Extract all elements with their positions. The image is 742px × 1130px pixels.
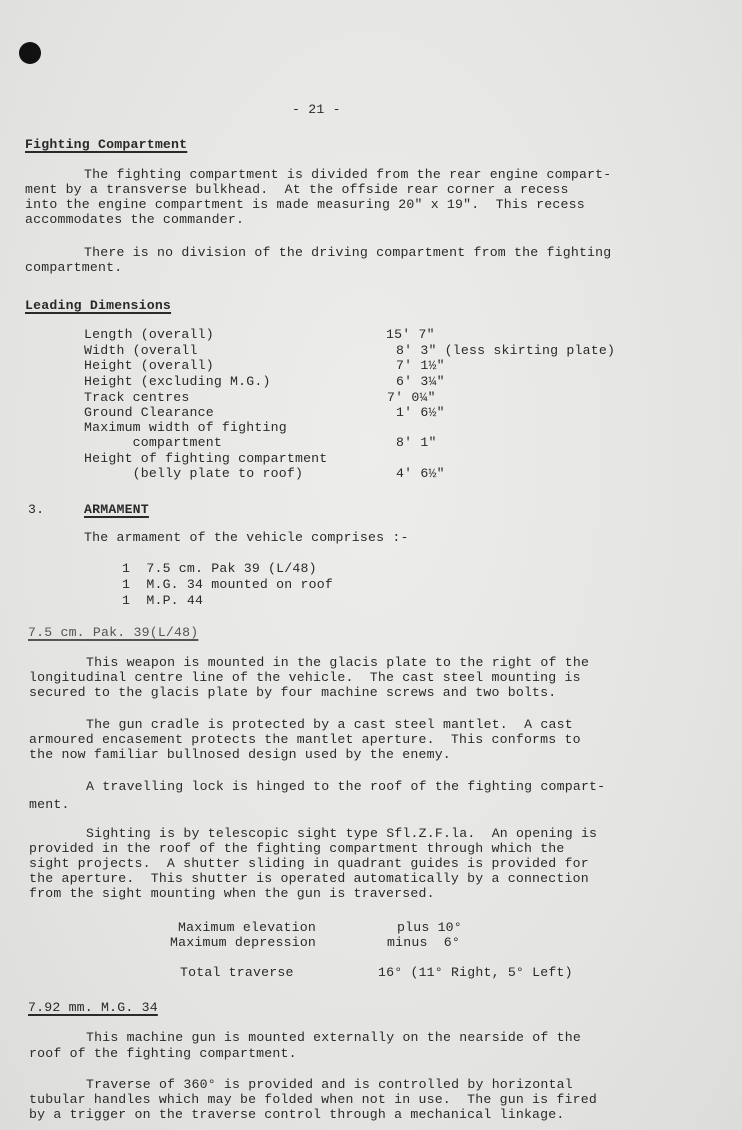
dimension-value: 6' 3¼": [396, 374, 445, 389]
document-page: - 21 - Fighting Compartment The fighting…: [0, 0, 742, 1130]
dimension-label: Maximum width of fighting: [84, 420, 287, 435]
dimension-label: (belly plate to roof): [84, 466, 303, 481]
spec-value: plus 10°: [397, 920, 462, 935]
dimension-label: Height of fighting compartment: [84, 451, 327, 466]
dimension-label: Ground Clearance: [84, 405, 214, 420]
list-item: 1 M.G. 34 mounted on roof: [122, 577, 333, 592]
dimension-value: 8' 1": [396, 435, 437, 450]
heading-pak39: 7.5 cm. Pak. 39(L/48): [28, 625, 198, 640]
dimension-label: Height (overall): [84, 358, 214, 373]
spec-label: Maximum depression: [170, 935, 316, 950]
list-item: 1 M.P. 44: [122, 593, 203, 608]
dimension-label: compartment: [84, 435, 222, 450]
spec-label: Total traverse: [180, 965, 294, 980]
heading-mg34: 7.92 mm. M.G. 34: [28, 1000, 158, 1015]
dimension-label: Height (excluding M.G.): [84, 374, 271, 389]
heading-leading-dimensions: Leading Dimensions: [25, 298, 171, 313]
dimension-value: 7' 1½": [396, 358, 445, 373]
dimension-value: 15' 7": [386, 327, 435, 342]
dimension-label: Length (overall): [84, 327, 214, 342]
heading-fighting-compartment: Fighting Compartment: [25, 137, 187, 152]
spec-value: 16° (11° Right, 5° Left): [378, 965, 573, 980]
punch-hole: [19, 42, 41, 64]
spec-value: minus 6°: [387, 935, 460, 950]
dimension-label: Width (overall: [84, 343, 198, 358]
dimension-value: 8' 3" (less skirting plate): [396, 343, 615, 358]
dimension-value: 4' 6½": [396, 466, 445, 481]
list-item: 1 7.5 cm. Pak 39 (L/48): [122, 561, 317, 576]
dimension-value: 7' 0¼": [387, 390, 436, 405]
armament-intro: The armament of the vehicle comprises :-: [84, 530, 409, 545]
heading-armament: ARMAMENT: [84, 502, 149, 517]
dimension-label: Track centres: [84, 390, 189, 405]
page-number: - 21 -: [292, 102, 341, 117]
spec-label: Maximum elevation: [178, 920, 316, 935]
dimension-value: 1' 6½": [396, 405, 445, 420]
section-number: 3.: [28, 502, 44, 517]
